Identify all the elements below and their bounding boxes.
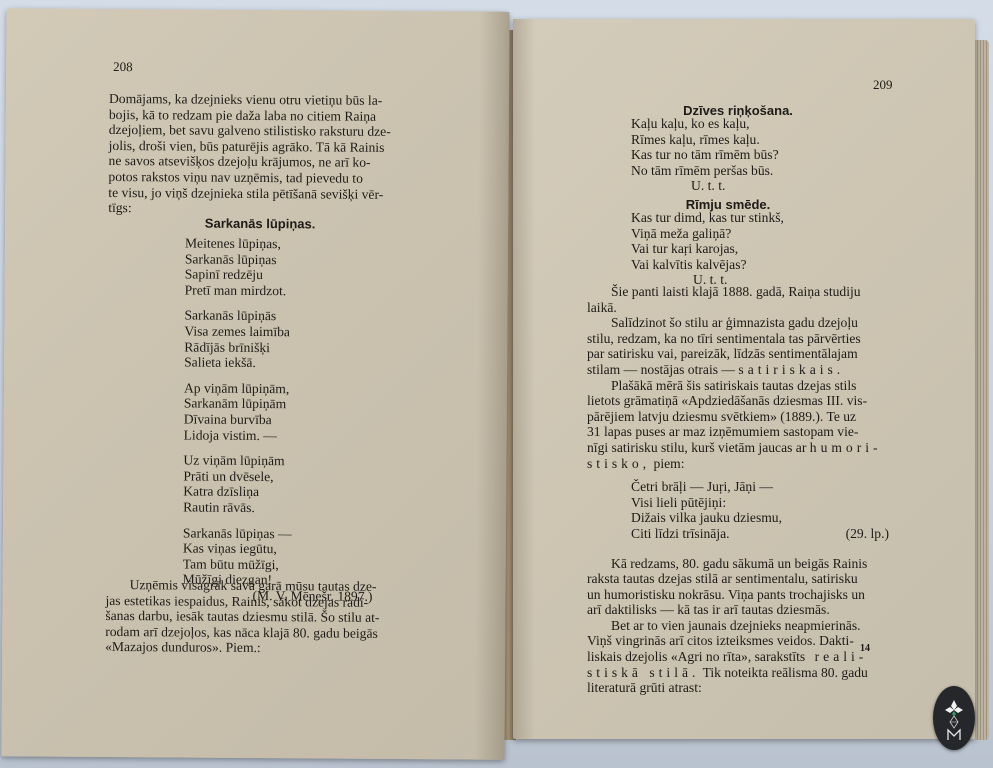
emphasis-spaced: stisko,	[587, 456, 650, 471]
poem-line: Sarkanās lūpiņās	[184, 308, 424, 325]
poem-line: Vai tur kaŗi karojas,	[631, 241, 851, 257]
text-line: Domājams, ka dzejnieks vienu otru vietiņ…	[109, 91, 459, 109]
poem-line: Sarkanām lūpiņām	[184, 396, 424, 413]
poem-line: Sarkanās lūpiņas —	[183, 525, 423, 542]
poem-line: Ap viņām lūpiņām,	[184, 380, 424, 397]
text-line: stilu, redzam, ka no tīri sentimentala t…	[587, 331, 899, 347]
paragraph: Kā redzams, 80. gadu sākumā un beigās Ra…	[587, 556, 899, 618]
poem-body: Kas tur dimd, kas tur stinkš, Viņā meža …	[631, 210, 851, 288]
text-line: 31 lapas puses ar maz izņēmumiem sastopa…	[587, 424, 899, 440]
quote-source: (29. lp.)	[846, 526, 889, 542]
page-number-right: 209	[873, 77, 893, 93]
text-line: stiskā stilā. Tik noteikta reālisma 80. …	[587, 665, 899, 681]
text-line: pārējiem latvju dziesmu svētkiem» (1889.…	[587, 409, 899, 425]
right-page: 209 Dzīves riņķošana. Kaļu kaļu, ko es k…	[513, 19, 975, 739]
poem-line: Kas viņas iegūtu,	[183, 541, 423, 558]
left-page: 208 Domājams, ka dzejnieks vienu otru vi…	[1, 8, 509, 759]
poem-line: Kaļu kaļu, ko es kaļu,	[631, 116, 851, 132]
text-line: te visu, jo viņš dzejnieka stila pētīšan…	[108, 185, 458, 203]
page-stack-edge	[975, 40, 989, 740]
poem-line: Lidoja vistim. —	[184, 427, 424, 444]
emphasis-spaced: humori-	[810, 440, 882, 455]
text-span: piem:	[654, 456, 685, 471]
body-text: Šie panti laisti klajā 1888. gadā, Raiņa…	[587, 284, 899, 696]
poem-line: Rīmes kaļu, rīmes kaļu.	[631, 132, 851, 148]
text-line: Šie panti laisti klajā 1888. gadā, Raiņa…	[587, 284, 899, 300]
poem-line: Pretī man mirdzot.	[185, 282, 425, 299]
folk-ornament-logo-icon	[933, 686, 975, 750]
poem-line: Vai kalvītis kalvējas?	[631, 257, 851, 273]
text-line: par satirisku vai, pareizāk, līdzās sent…	[587, 346, 899, 362]
poem-line: Meitenes lūpiņas,	[185, 236, 425, 253]
poem-line: Viņā meža galiņā?	[631, 226, 851, 242]
poem-line: Visa zemes laimība	[184, 323, 424, 340]
poem-line: Katra dzīsliņa	[183, 484, 423, 501]
text-line: «Mazajos dunduros». Piem.:	[105, 639, 457, 657]
text-line: liskais dzejolis «Agri no rīta», sarakst…	[587, 649, 899, 665]
text-line: nīgi satirisku stilu, kurš vietām jaucas…	[587, 440, 899, 456]
quote-block: Četri brāļi — Juŗi, Jāņi — Visi lieli pū…	[587, 479, 899, 541]
poem-line: Prāti un dvēsele,	[183, 468, 423, 485]
text-line: stisko, piem:	[587, 456, 899, 472]
quote-line: Dižais vilka jauku dziesmu,	[631, 510, 899, 526]
text-line: Salīdzinot šo stilu ar ģimnazista gadu d…	[587, 315, 899, 331]
poem-stanza: Sarkanās lūpiņās Visa zemes laimība Rādī…	[184, 308, 424, 372]
text-line: potos rakstos viņu nav uzņēmis, tad piev…	[108, 169, 458, 187]
text-line: un humoristisku nokrāsu. Viņa pants troc…	[587, 587, 899, 603]
text-line: laikā.	[587, 300, 899, 316]
poem-line: Sarkanās lūpiņas	[185, 251, 425, 268]
text-line: arī daktilisks — kā tas ir arī tautas dz…	[587, 602, 899, 618]
poem-title: Sarkanās lūpiņas.	[185, 216, 335, 232]
quote-line: Četri brāļi — Juŗi, Jāņi —	[631, 479, 899, 495]
poem-line: Kas tur no tām rīmēm būs?	[631, 147, 851, 163]
text-line: Kā redzams, 80. gadu sākumā un beigās Ra…	[587, 556, 899, 572]
page-number-left: 208	[113, 59, 133, 75]
text-line: stilam — nostājas otrais — satiriskais.	[587, 362, 899, 378]
intro-paragraph: Domājams, ka dzejnieks vienu otru vietiņ…	[108, 91, 459, 218]
poem-line: No tām rīmēm peršas būs.	[631, 163, 851, 179]
text-span: stilam — nostājas otrais —	[587, 362, 735, 377]
poem-line: Rautin rāvās.	[183, 499, 423, 516]
poem-stanza: Ap viņām lūpiņām, Sarkanām lūpiņām Dīvai…	[184, 380, 424, 444]
poem-line: Dīvaina burvība	[184, 411, 424, 428]
text-line: raksta tautas dzejas stilā ar sentimenta…	[587, 571, 899, 587]
poem-line: Salieta iekšā.	[184, 355, 424, 372]
poem-line: Kas tur dimd, kas tur stinkš,	[631, 210, 851, 226]
poem-line: Rādījās brīnišķi	[184, 339, 424, 356]
text-line: Plašākā mērā šis satiriskais tautas dzej…	[587, 378, 899, 394]
text-line: Uzņēmis visagrāk savā garā mūsu tautas d…	[106, 577, 458, 595]
poem-line: Tam būtu mūžīgi,	[183, 556, 423, 573]
closing-paragraph: Uzņēmis visagrāk savā garā mūsu tautas d…	[105, 577, 458, 657]
text-line: Bet ar to vien jaunais dzejnieks neapmie…	[587, 618, 899, 634]
emphasis-spaced: stiskā stilā.	[587, 665, 699, 680]
poem-etc: U. t. t.	[631, 178, 851, 194]
text-line: Viņš vingrinās arī citos izteiksmes veid…	[587, 633, 899, 649]
text-line: literaturā grūti atrast:	[587, 680, 899, 696]
poem-stanza: Meitenes lūpiņas, Sarkanās lūpiņas Sapin…	[185, 236, 425, 300]
text-span: Tik noteikta reālisma 80. gadu	[703, 665, 868, 680]
text-span: nīgi satirisku stilu, kurš vietām jaucas…	[587, 440, 806, 455]
poem-body: Kaļu kaļu, ko es kaļu, Rīmes kaļu, rīmes…	[631, 116, 851, 194]
signature-mark: 14	[860, 643, 870, 654]
poem-line: Sapinī redzēju	[185, 267, 425, 284]
emphasis-spaced: satiriskais.	[738, 362, 844, 377]
text-span: liskais dzejolis «Agri no rīta», sarakst…	[587, 649, 805, 664]
poem-stanza: Uz viņām lūpiņām Prāti un dvēsele, Katra…	[183, 453, 423, 517]
quote-line: Visi lieli pūtējiņi:	[631, 495, 899, 511]
poem-body: Meitenes lūpiņas, Sarkanās lūpiņas Sapin…	[182, 236, 425, 605]
poem-line: Uz viņām lūpiņām	[183, 453, 423, 470]
text-line: lietots grāmatiņā «Apdziedāšanās dziesma…	[587, 393, 899, 409]
